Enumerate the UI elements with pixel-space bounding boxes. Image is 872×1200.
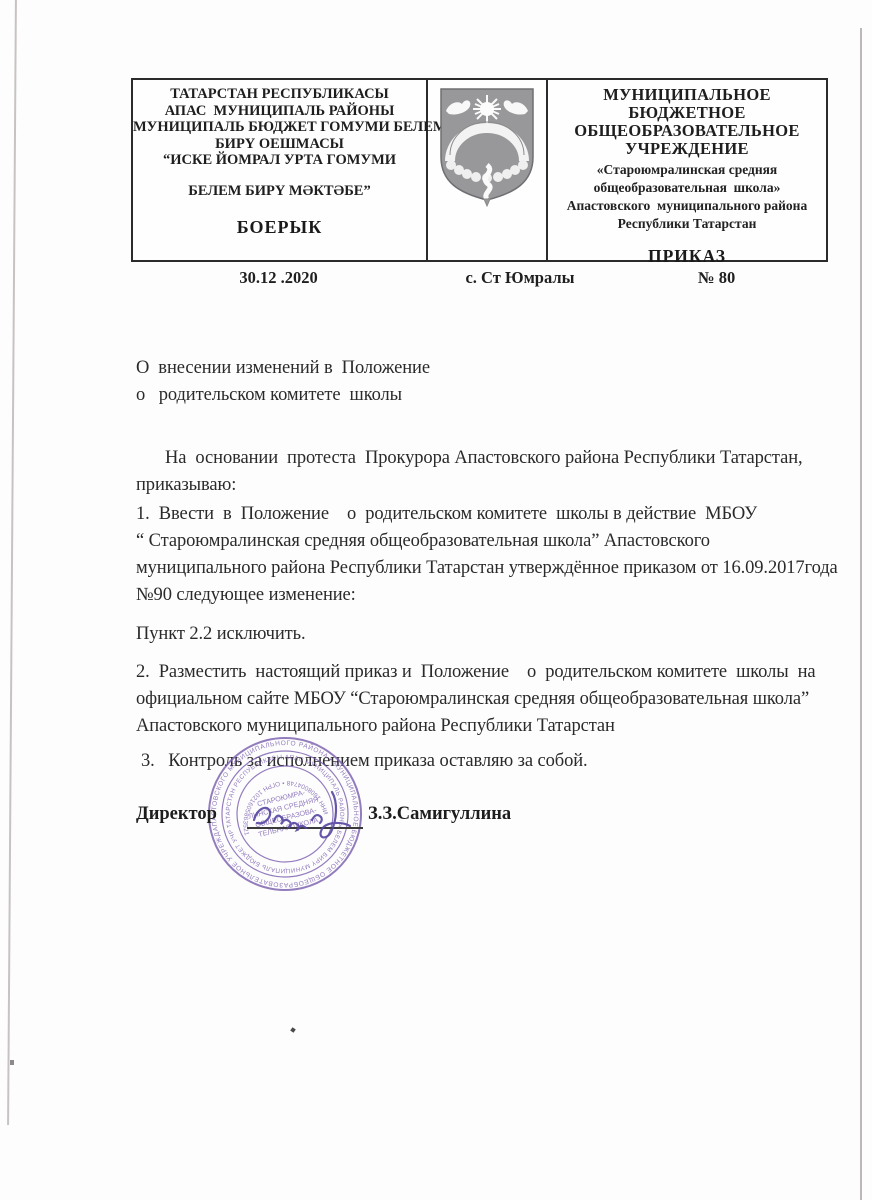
org-subname-line: общеобразовательная школа» — [548, 180, 826, 196]
org-name-tatar-line: БЕЛЕМ БИРҮ МӘКТӘБЕ” — [133, 183, 426, 200]
doc-date: 30.12 .2020 — [131, 268, 426, 288]
body-line: На основании протеста Прокурора Апастовс… — [165, 448, 803, 469]
scanned-order-document: ТАТАРСТАН РЕСПУБЛИКАСЫ АПАС МУНИЦИПАЛЬ Р… — [0, 0, 872, 1200]
scan-speck — [290, 1027, 296, 1033]
org-name-tatar-line: “ИСКЕ ЙОМРАЛ УРТА ГОМУМИ — [133, 152, 426, 169]
doc-place: с. Ст Юмралы — [430, 268, 610, 288]
subject-line: о родительском комитете школы — [136, 385, 402, 406]
body-line: “ Староюмралинская средняя общеобразоват… — [136, 531, 710, 552]
org-name-russian-line: УЧРЕЖДЕНИЕ — [548, 140, 826, 158]
letterhead-table: ТАТАРСТАН РЕСПУБЛИКАСЫ АПАС МУНИЦИПАЛЬ Р… — [131, 78, 828, 262]
body-line: 1. Ввести в Положение о родительском ком… — [136, 504, 757, 525]
body-line: муниципального района Республики Татарст… — [136, 558, 838, 579]
body-line: официальном сайте МБОУ “Староюмралинская… — [136, 689, 809, 710]
subject-line: О внесении изменений в Положение — [136, 358, 430, 379]
scan-edge-right — [860, 28, 862, 1200]
coat-of-arms-icon — [436, 85, 538, 207]
org-subname-line: «Староюмралинская средняя — [548, 162, 826, 178]
letterhead-emblem-cell — [428, 80, 548, 260]
org-name-tatar-line: МУНИЦИПАЛЬ БЮДЖЕТ ГОМУМИ БЕЛЕМ — [133, 119, 426, 136]
body-line: Пункт 2.2 исключить. — [136, 624, 306, 645]
org-name-tatar-line: БИРҮ ОЕШМАСЫ — [133, 136, 426, 153]
signature-title: Директор — [136, 804, 217, 825]
letterhead-russian-cell: МУНИЦИПАЛЬНОЕ БЮДЖЕТНОЕ ОБЩЕОБРАЗОВАТЕЛЬ… — [548, 80, 826, 260]
handwritten-signature — [240, 780, 380, 850]
signature-name: З.З.Самигуллина — [368, 804, 511, 825]
org-name-tatar-line: АПАС МУНИЦИПАЛЬ РАЙОНЫ — [133, 103, 426, 120]
doc-type-russian: ПРИКАЗ — [548, 246, 826, 267]
org-name-russian-line: БЮДЖЕТНОЕ — [548, 104, 826, 122]
letterhead-tatar-cell: ТАТАРСТАН РЕСПУБЛИКАСЫ АПАС МУНИЦИПАЛЬ Р… — [133, 80, 428, 260]
org-name-russian-line: ОБЩЕОБРАЗОВАТЕЛЬНОЕ — [548, 122, 826, 140]
org-name-tatar-line: ТАТАРСТАН РЕСПУБЛИКАСЫ — [133, 86, 426, 103]
doc-number: № 80 — [698, 268, 735, 288]
body-line: 2. Разместить настоящий приказ и Положен… — [136, 662, 816, 683]
org-subname-line: Республики Татарстан — [548, 216, 826, 232]
org-name-russian-line: МУНИЦИПАЛЬНОЕ — [548, 86, 826, 104]
body-line: приказываю: — [136, 475, 236, 496]
body-line: №90 следующее изменение: — [136, 585, 356, 606]
scan-edge-left-mark — [10, 1060, 14, 1065]
scan-edge-left — [7, 0, 17, 1125]
org-subname-line: Апастовского муниципального района — [548, 198, 826, 214]
doc-type-tatar: БОЕРЫК — [133, 217, 426, 238]
